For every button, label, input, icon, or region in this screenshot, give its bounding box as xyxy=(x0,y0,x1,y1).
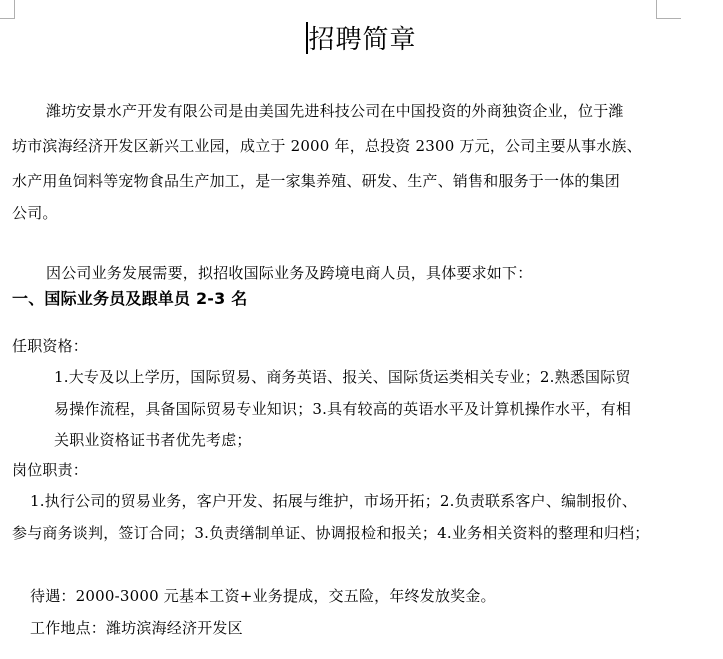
intro-line-1[interactable]: 潍坊安景水产开发有限公司是由美国先进科技公司在中国投资的外商独资企业，位于潍 xyxy=(46,102,624,120)
qualifications-line-2[interactable]: 易操作流程，具备国际贸易专业知识；3.具有较高的英语水平及计算机操作水平，有相 xyxy=(54,400,631,418)
section-heading-international-sales[interactable]: 一、国际业务员及跟单员 2-3 名 xyxy=(12,290,247,308)
duties-line-2[interactable]: 参与商务谈判，签订合同；3.负责缮制单证、协调报检和报关；4.业务相关资料的整理… xyxy=(12,524,649,542)
qualifications-line-3[interactable]: 关职业资格证书者优先考虑； xyxy=(54,431,252,449)
document-title-block[interactable]: 招聘简章 xyxy=(0,22,723,57)
page-corner-mark-top-left xyxy=(0,0,15,19)
work-location-line[interactable]: 工作地点：潍坊滨海经济开发区 xyxy=(30,619,243,637)
duties-label[interactable]: 岗位职责： xyxy=(12,461,88,479)
salary-line[interactable]: 待遇：2000-3000 元基本工资+业务提成，交五险，年终发放奖金。 xyxy=(30,587,496,605)
qualifications-label[interactable]: 任职资格： xyxy=(12,337,88,355)
qualifications-line-1[interactable]: 1.大专及以上学历，国际贸易、商务英语、报关、国际货运类相关专业；2.熟悉国际贸 xyxy=(54,368,631,386)
intro-line-3[interactable]: 水产用鱼饲料等宠物食品生产加工，是一家集养殖、研发、生产、销售和服务于一体的集团 xyxy=(12,172,620,190)
document-title[interactable]: 招聘简章 xyxy=(308,25,416,55)
requirements-intro[interactable]: 因公司业务发展需要，拟招收国际业务及跨境电商人员，具体要求如下： xyxy=(46,264,532,282)
page-corner-mark-top-right xyxy=(656,0,681,19)
intro-line-4[interactable]: 公司。 xyxy=(12,204,58,222)
intro-line-2[interactable]: 坊市滨海经济开发区新兴工业园，成立于 2000 年，总投资 2300 万元，公司… xyxy=(12,137,642,155)
duties-line-1[interactable]: 1.执行公司的贸易业务，客户开发、拓展与维护，市场开拓；2.负责联系客户、编制报… xyxy=(30,492,637,510)
